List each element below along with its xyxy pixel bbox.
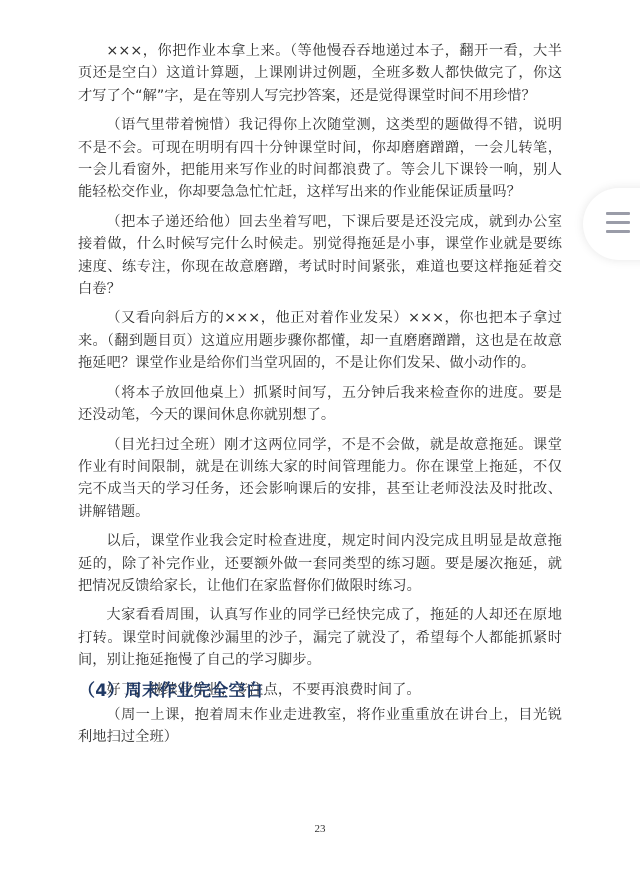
document-body: ×××，你把作业本拿上来。（等他慢吞吞地递过本子，翻开一看，大半页还是空白）这道…: [78, 40, 562, 708]
menu-button[interactable]: [583, 188, 640, 260]
paragraph: （语气里带着惋惜）我记得你上次随堂测，这类型的题做得不错，说明不是不会。可现在明…: [78, 114, 562, 204]
paragraph: 大家看看周围，认真写作业的同学已经快完成了，拖延的人却还在原地打转。课堂时间就像…: [78, 604, 562, 671]
menu-icon-bar: [606, 212, 630, 215]
paragraph: （周一上课，抱着周末作业走进教室，将作业重重放在讲台上，目光锐利地扫过全班）: [78, 704, 562, 749]
document-page: ×××，你把作业本拿上来。（等他慢吞吞地递过本子，翻开一看，大半页还是空白）这道…: [0, 0, 640, 872]
menu-icon-bar: [606, 230, 630, 233]
paragraph: ×××，你把作业本拿上来。（等他慢吞吞地递过本子，翻开一看，大半页还是空白）这道…: [78, 40, 562, 107]
paragraph: （把本子递还给他）回去坐着写吧，下课后要是还没完成，就到办公室接着做，什么时候写…: [78, 211, 562, 301]
paragraph: （又看向斜后方的×××，他正对着作业发呆）×××，你也把本子拿过来。（翻到题目页…: [78, 307, 562, 374]
paragraph: （将本子放回他桌上）抓紧时间写，五分钟后我来检查你的进度。要是还没动笔，今天的课…: [78, 382, 562, 427]
section-body: （周一上课，抱着周末作业走进教室，将作业重重放在讲台上，目光锐利地扫过全班）: [78, 704, 562, 756]
paragraph: （目光扫过全班）刚才这两位同学，不是不会做，就是故意拖延。课堂作业有时间限制，就…: [78, 434, 562, 524]
page-number: 23: [0, 823, 640, 835]
menu-icon-bar: [606, 221, 630, 224]
section-heading: （4）周末作业完全空白: [78, 676, 263, 701]
paragraph: 以后，课堂作业我会定时检查进度，规定时间内没完成且明显是故意拖延的，除了补完作业…: [78, 530, 562, 597]
